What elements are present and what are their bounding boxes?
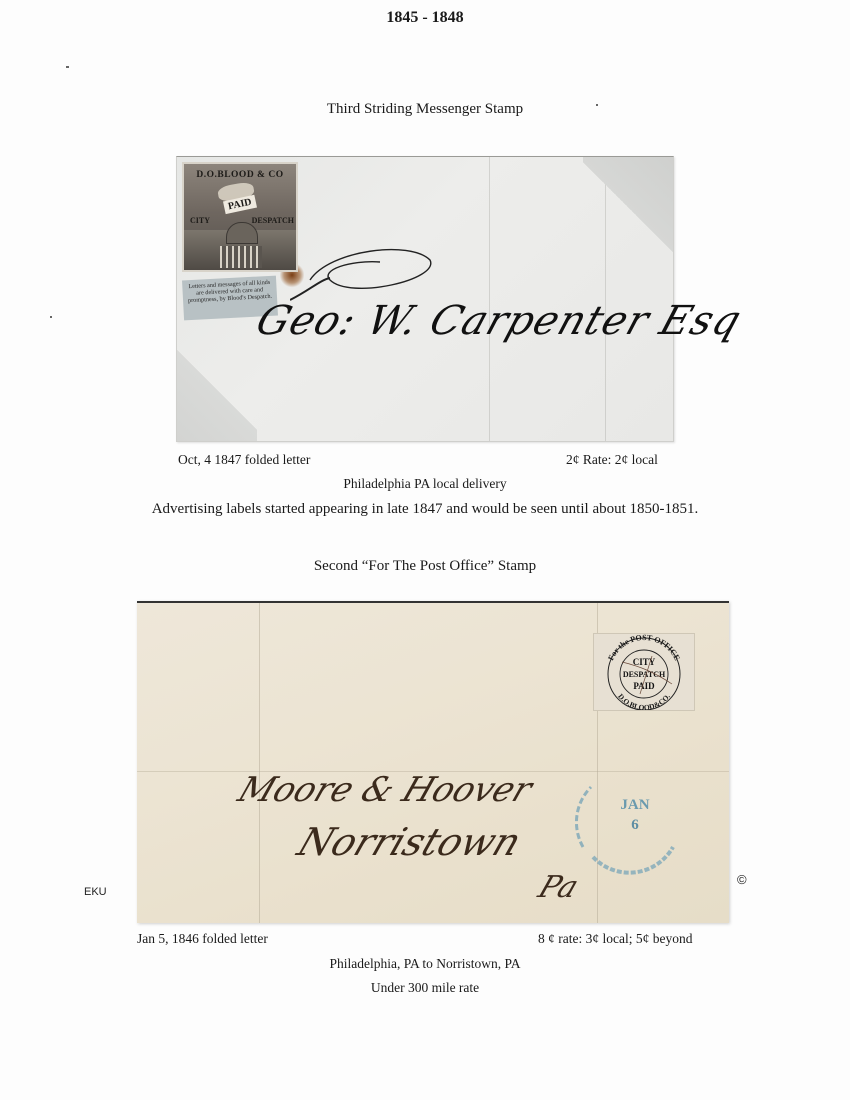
svg-text:D.O.BLOOD&CO.: D.O.BLOOD&CO. xyxy=(616,692,672,710)
blue-postmark: JAN 6 xyxy=(563,757,693,877)
scan-speck xyxy=(66,66,69,68)
recipient-town: Norristown xyxy=(292,820,527,864)
for-the-post-office-stamp: For the POST OFFICE D.O.BLOOD&CO. CITY D… xyxy=(593,633,695,711)
advertising-label-note: Advertising labels started appearing in … xyxy=(0,501,850,518)
cover2-date-caption: Jan 5, 1846 folded letter xyxy=(137,931,268,947)
stamp-city: CITY xyxy=(190,216,210,225)
svg-text:JAN: JAN xyxy=(620,797,649,813)
cover1-route-caption: Philadelphia PA local delivery xyxy=(0,476,850,492)
recipient-name: Moore & Hoover xyxy=(233,770,538,810)
cover1-rate-caption: 2¢ Rate: 2¢ local xyxy=(566,452,658,468)
stamp-city-despatch: CITY DESPATCH xyxy=(190,216,294,225)
scan-speck xyxy=(50,316,52,318)
eku-label: EKU xyxy=(84,886,107,898)
page-title: 1845 - 1848 xyxy=(0,9,850,27)
ad-label-text: Letters and messages of all kinds are de… xyxy=(186,279,273,304)
svg-text:DESPATCH: DESPATCH xyxy=(623,670,666,679)
section-title-messenger: Third Striding Messenger Stamp xyxy=(0,101,850,118)
stamp-circle-design: For the POST OFFICE D.O.BLOOD&CO. CITY D… xyxy=(594,634,694,710)
stamp-company-name: D.O.BLOOD & CO xyxy=(184,170,296,180)
folded-corner xyxy=(177,331,257,441)
recipient-address: Geo: W. Carpenter Esq xyxy=(251,298,748,344)
striding-messenger-stamp: D.O.BLOOD & CO PAID CITY DESPATCH xyxy=(182,162,298,272)
cover2-rate-note: Under 300 mile rate xyxy=(0,980,850,996)
fold-line xyxy=(259,603,260,923)
stamp-despatch: DESPATCH xyxy=(252,216,294,225)
cover2-route-caption: Philadelphia, PA to Norristown, PA xyxy=(0,956,850,972)
svg-text:CITY: CITY xyxy=(633,657,656,667)
copyright-symbol: © xyxy=(737,872,747,887)
section-title-post-office: Second “For The Post Office” Stamp xyxy=(0,558,850,575)
svg-text:PAID: PAID xyxy=(633,681,655,691)
stamp-dome xyxy=(226,222,258,244)
cover1-date-caption: Oct, 4 1847 folded letter xyxy=(178,452,310,468)
cover2-rate-caption: 8 ¢ rate: 3¢ local; 5¢ beyond xyxy=(538,931,692,947)
stamp-columns xyxy=(220,246,262,268)
svg-text:6: 6 xyxy=(631,817,639,833)
folded-corner xyxy=(583,157,673,257)
